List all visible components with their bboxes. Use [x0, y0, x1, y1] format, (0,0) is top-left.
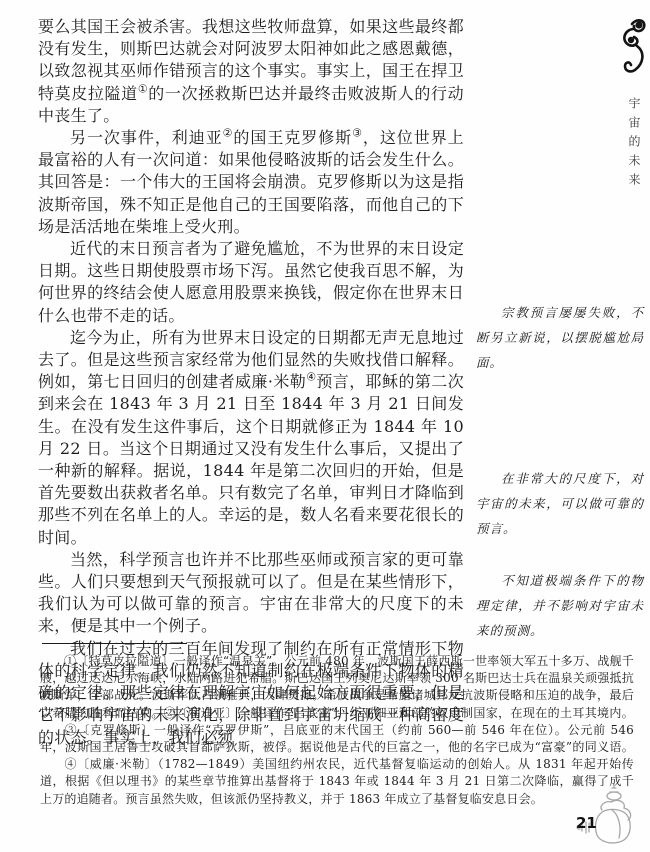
body-paragraph: 另一次事件，利迪亚②的国王克罗修斯③，这位世界上最富裕的人有一次问道：如果他侵略…: [38, 127, 464, 238]
page-number: 21: [576, 814, 597, 832]
body-paragraph: 要么其国王会被杀害。我想这些牧师盘算，如果这些最终都没有发生，则斯巴达就会对阿波…: [38, 16, 464, 127]
margin-note: 在非常大的尺度下，对宇宙的未来，可以做可靠的预言。: [476, 466, 644, 541]
body-paragraph: 当然，科学预言也许并不比那些巫师或预言家的更可靠些。人们只要想到天气预报就可以了…: [38, 549, 464, 638]
body-paragraph: 近代的末日预言者为了避免尴尬，不为世界的末日设定日期。这些日期使股票市场下泻。虽…: [38, 238, 464, 327]
main-text-column: 要么其国王会被杀害。我想这些牧师盘算，如果这些最终都没有发生，则斯巴达就会对阿波…: [38, 16, 464, 749]
book-page: 宇宙的未来 要么其国王会被杀害。我想这些牧师盘算，如果这些最终都没有发生，则斯巴…: [0, 0, 650, 852]
page-number-area: 21: [562, 784, 642, 848]
body-paragraph: 迄今为止，所有为世界末日设定的日期都无声无息地过去了。但是这些预言家经常为他们显…: [38, 327, 464, 549]
margin-note: 宗教预言屡屡失败，不断另立新说，以摆脱尴尬局面。: [476, 300, 644, 375]
side-book-title: 宇宙的未来: [626, 97, 643, 192]
floral-scroll-ornament-icon: [618, 16, 648, 80]
footnote-item: ②〔利迪亚〕一般译作“吕底亚”，小亚细亚西部的奴隶制国家，在现在的土耳其境内。: [164, 706, 634, 720]
ink-pot-sketch-icon: [562, 784, 642, 848]
footnote-divider: [42, 643, 187, 644]
margin-note: 不知道极端条件下的物理定律，并不影响对宇宙未来的预测。: [476, 568, 644, 643]
footnotes-block: ①〔特莫皮拉隘道〕一般译作“温泉关”。公元前 480 年，波斯国王薛西斯一世率领…: [40, 653, 634, 808]
footnote-item: ④〔威廉·米勒〕（1782—1849）美国纽约州农民，近代基督复临运动的创始人。…: [40, 757, 634, 805]
footnote-item: ③〔克罗修斯〕一般译作“克罗伊斯”，吕底亚的末代国王（约前 560—前 546 …: [40, 723, 634, 754]
